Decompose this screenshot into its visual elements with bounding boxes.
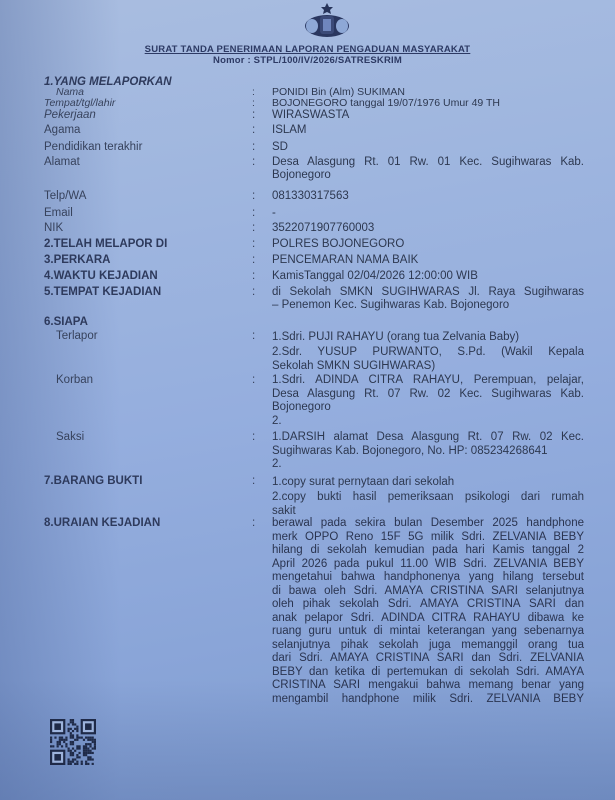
colon: : (252, 330, 255, 343)
narrative-line: berawal pada sekira bulan Desember 2025 … (272, 517, 584, 531)
colon: : (252, 517, 255, 530)
colon: : (252, 431, 255, 444)
colon: : (252, 156, 255, 169)
narrative-line: selanjutnya pihak sekolah juga memanggil… (272, 639, 584, 653)
section-6-heading: 6.SIAPA (44, 316, 88, 329)
section-2-value: POLRES BOJONEGORO (272, 238, 584, 251)
alamat-value: Desa Alasgung Rt. 01 Rw. 01 Kec. Sugihwa… (272, 156, 584, 182)
saksi-label: Saksi (56, 431, 84, 444)
telp-label: Telp/WA (44, 190, 86, 203)
alamat-label: Alamat (44, 156, 80, 169)
section-7-heading: 7.BARANG BUKTI (44, 475, 142, 488)
telp-value: 081330317563 (272, 190, 584, 203)
section-8-narrative: berawal pada sekira bulan Desember 2025 … (272, 517, 584, 706)
colon: : (252, 109, 255, 122)
colon: : (252, 222, 255, 235)
narrative-line: mengambil handphone milik Sdri. ZELVANIA… (272, 693, 584, 707)
narrative-line: April 2026 pada pukul 11.00 WIB Sdri. ZE… (272, 558, 584, 572)
narrative-line: BEBY dan ketika di pertemukan di sekolah… (272, 666, 584, 680)
section-4-value: KamisTanggal 02/04/2026 12:00:00 WIB (272, 270, 584, 283)
colon: : (252, 270, 255, 283)
colon: : (252, 254, 255, 267)
email-value: - (272, 207, 584, 220)
section-4-heading: 4.WAKTU KEJADIAN (44, 270, 158, 283)
section-7-value: 1.copy surat pernytaan dari sekolah 2.co… (272, 475, 584, 519)
section-2-heading: 2.TELAH MELAPOR DI (44, 238, 167, 251)
document-number: Nomor : STPL/100/IV/2026/SATRESKRIM (0, 55, 615, 66)
section-3-value: PENCEMARAN NAMA BAIK (272, 254, 584, 267)
section-8-heading: 8.URAIAN KEJADIAN (44, 517, 160, 530)
colon: : (252, 475, 255, 488)
colon: : (252, 286, 255, 299)
document-title: SURAT TANDA PENERIMAAN LAPORAN PENGADUAN… (0, 44, 615, 55)
section-3-heading: 3.PERKARA (44, 254, 110, 267)
korban-label: Korban (56, 374, 93, 387)
pekerjaan-label: Pekerjaan (44, 109, 96, 122)
agama-label: Agama (44, 124, 80, 137)
colon: : (252, 374, 255, 387)
nik-label: NIK (44, 222, 63, 235)
narrative-line: ruang guru untuk di mintai keterangan ya… (272, 625, 584, 639)
agama-value: ISLAM (272, 124, 584, 137)
narrative-line: di bawa oleh Sdri. AMAYA CRISTINA SARI s… (272, 585, 584, 599)
nik-value: 3522071907760003 (272, 222, 584, 235)
pendidikan-label: Pendidikan terakhir (44, 141, 142, 154)
narrative-line: mengetahui bahwa handphonenya yang hilan… (272, 571, 584, 585)
narrative-line: dari Sdri. AMAYA CRISTINA SARI dan Sdri.… (272, 652, 584, 666)
police-emblem-icon (298, 2, 356, 40)
pendidikan-value: SD (272, 141, 584, 154)
section-5-value: di Sekolah SMKN SUGIHWARAS Jl. Raya Sugi… (272, 286, 584, 312)
qr-code-icon (50, 718, 96, 766)
colon: : (252, 207, 255, 220)
pekerjaan-value: WIRASWASTA (272, 109, 584, 122)
colon: : (252, 190, 255, 203)
korban-value: 1.Sdri. ADINDA CITRA RAHAYU, Perempuan, … (272, 374, 584, 428)
narrative-line: anak pelapor Sdri. ADINDA CITRA RAHAYU d… (272, 612, 584, 626)
terlapor-label: Terlapor (56, 330, 98, 343)
section-5-heading: 5.TEMPAT KEJADIAN (44, 286, 161, 299)
narrative-line: CRISTINA SARI mengakui bahwa memang bena… (272, 679, 584, 693)
email-label: Email (44, 207, 73, 220)
saksi-value: 1.DARSIH alamat Desa Alasgung Rt. 07 Rw.… (272, 431, 584, 472)
terlapor-value: 1.Sdri. PUJI RAHAYU (orang tua Zelvania … (272, 330, 584, 374)
narrative-line: merk OPPO Reno 15F 5G milik Sdri. ZELVAN… (272, 531, 584, 545)
narrative-line: hilang di sekolah kemudian pada hari Kam… (272, 544, 584, 558)
colon: : (252, 238, 255, 251)
colon: : (252, 141, 255, 154)
colon: : (252, 124, 255, 137)
narrative-line: oleh pihak sekolah Sdri. AMAYA CRISTINA … (272, 598, 584, 612)
